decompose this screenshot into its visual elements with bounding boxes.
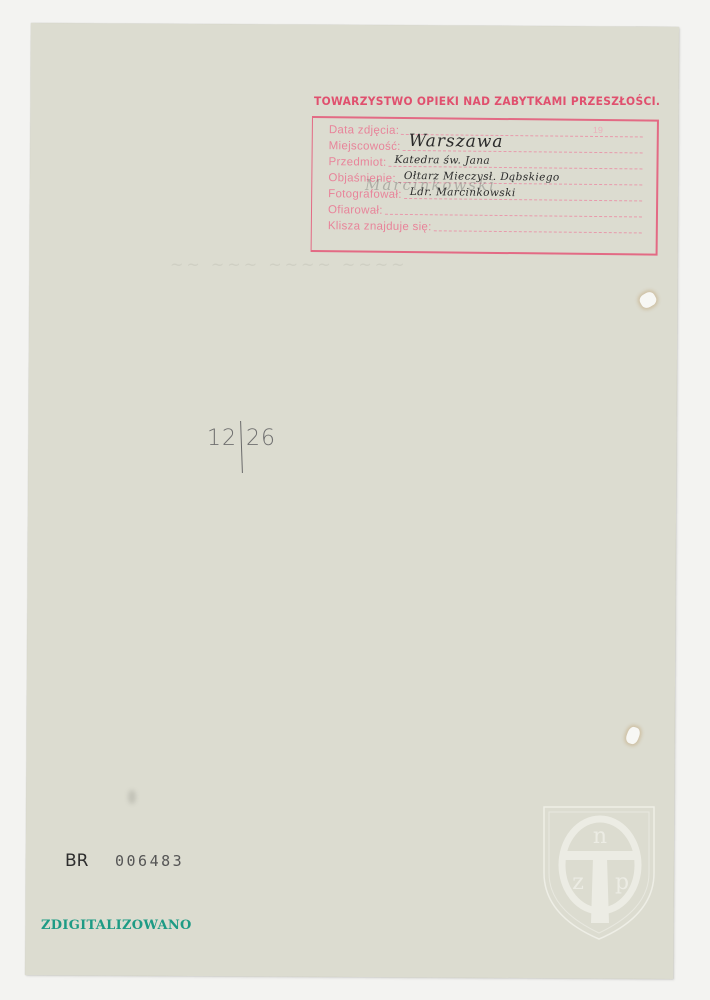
svg-text:p: p: [615, 870, 629, 895]
field-label: Przedmiot:: [328, 156, 386, 169]
digitized-stamp: ZDIGITALIZOWANO: [41, 918, 192, 933]
field-line: Katedra św. Jana: [388, 152, 642, 170]
inventory-number: 006483: [115, 852, 184, 870]
svg-text:z: z: [572, 870, 584, 895]
stamp-title: TOWARZYSTWO OPIEKI NAD ZABYTKAMI PRZESZŁ…: [314, 94, 660, 108]
field-label: Klisza znajduje się:: [328, 220, 432, 233]
paper-smudge: [128, 790, 136, 804]
field-line: [385, 200, 642, 218]
shield-monogram-icon: n z p: [540, 803, 658, 943]
svg-text:n: n: [593, 824, 607, 849]
field-label: Data zdjęcia:: [329, 124, 400, 137]
field-negative-location: Klisza znajduje się:: [328, 217, 642, 235]
field-label: Ofiarował:: [328, 204, 383, 217]
field-line: [434, 216, 642, 233]
year-prefix: 19: [593, 125, 603, 135]
catalog-number-left: 12: [207, 426, 237, 451]
field-line: Warszawa: [403, 136, 643, 154]
inventory-prefix: BR: [65, 851, 88, 871]
catalog-number-right: 26: [246, 426, 276, 451]
field-value: Warszawa: [409, 131, 504, 152]
pencil-signature-overlay: Marcinkowski: [365, 176, 496, 194]
field-value: Katedra św. Jana: [394, 154, 490, 167]
bleed-through-text: ~~ ~~~ ~~~~ ~~~~: [170, 255, 408, 274]
pencil-catalog-number: 1226: [207, 413, 276, 465]
